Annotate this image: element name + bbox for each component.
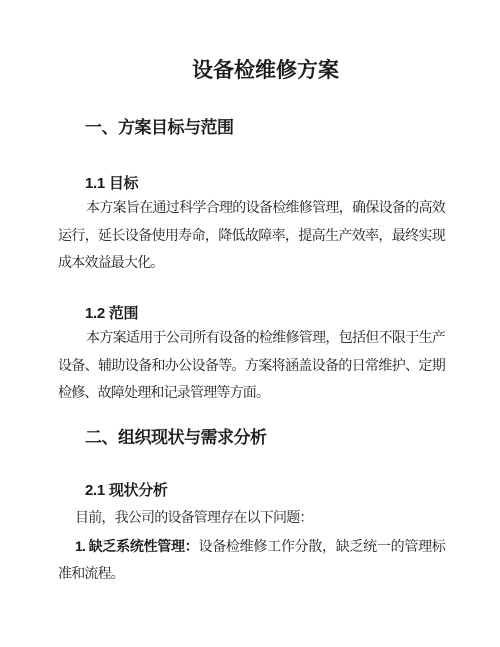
paragraph-line: 目前，我公司的设备管理存在以下问题： — [58, 505, 445, 533]
paragraph-goal: 本方案旨在通过科学合理的设备检维修管理，确保设备的高效 运行，延长设备使用寿命，… — [58, 195, 445, 278]
document-page: 设备检维修方案 一、方案目标与范围 1.1 目标 本方案旨在通过科学合理的设备检… — [0, 0, 500, 647]
paragraph-line: 设备、辅助设备和办公设备等。方案将涵盖设备的日常维护、定期 — [58, 353, 445, 381]
paragraph-line: 本方案适用于公司所有设备的检维修管理，包括但不限于生产 — [58, 325, 445, 353]
list-item-text: 设备检维修工作分散，缺乏统一的管理标 — [198, 540, 445, 555]
section-2-heading: 二、组织现状与需求分析 — [85, 428, 460, 448]
paragraph-scope: 本方案适用于公司所有设备的检维修管理，包括但不限于生产 设备、辅助设备和办公设备… — [58, 325, 445, 408]
paragraph-line: 运行，延长设备使用寿命，降低故障率，提高生产效率，最终实现 — [58, 223, 445, 251]
list-item-label: 1. 缺乏系统性管理： — [75, 538, 198, 554]
list-item-line: 准和流程。 — [58, 561, 445, 589]
subsection-2-1-heading: 2.1 现状分析 — [85, 481, 460, 501]
subsection-1-1-heading: 1.1 目标 — [85, 174, 460, 194]
list-item-line: 1. 缺乏系统性管理：设备检维修工作分散，缺乏统一的管理标 — [58, 533, 445, 561]
paragraph-line: 检修、故障处理和记录管理等方面。 — [58, 380, 445, 408]
paragraph-line: 本方案旨在通过科学合理的设备检维修管理，确保设备的高效 — [58, 195, 445, 223]
document-title: 设备检维修方案 — [58, 59, 445, 83]
subsection-1-2-heading: 1.2 范围 — [85, 304, 460, 324]
paragraph-status-intro: 目前，我公司的设备管理存在以下问题： — [58, 505, 445, 533]
paragraph-line: 成本效益最大化。 — [58, 250, 445, 278]
section-1-heading: 一、方案目标与范围 — [85, 118, 460, 138]
list-item-1: 1. 缺乏系统性管理：设备检维修工作分散，缺乏统一的管理标 准和流程。 — [58, 533, 445, 588]
